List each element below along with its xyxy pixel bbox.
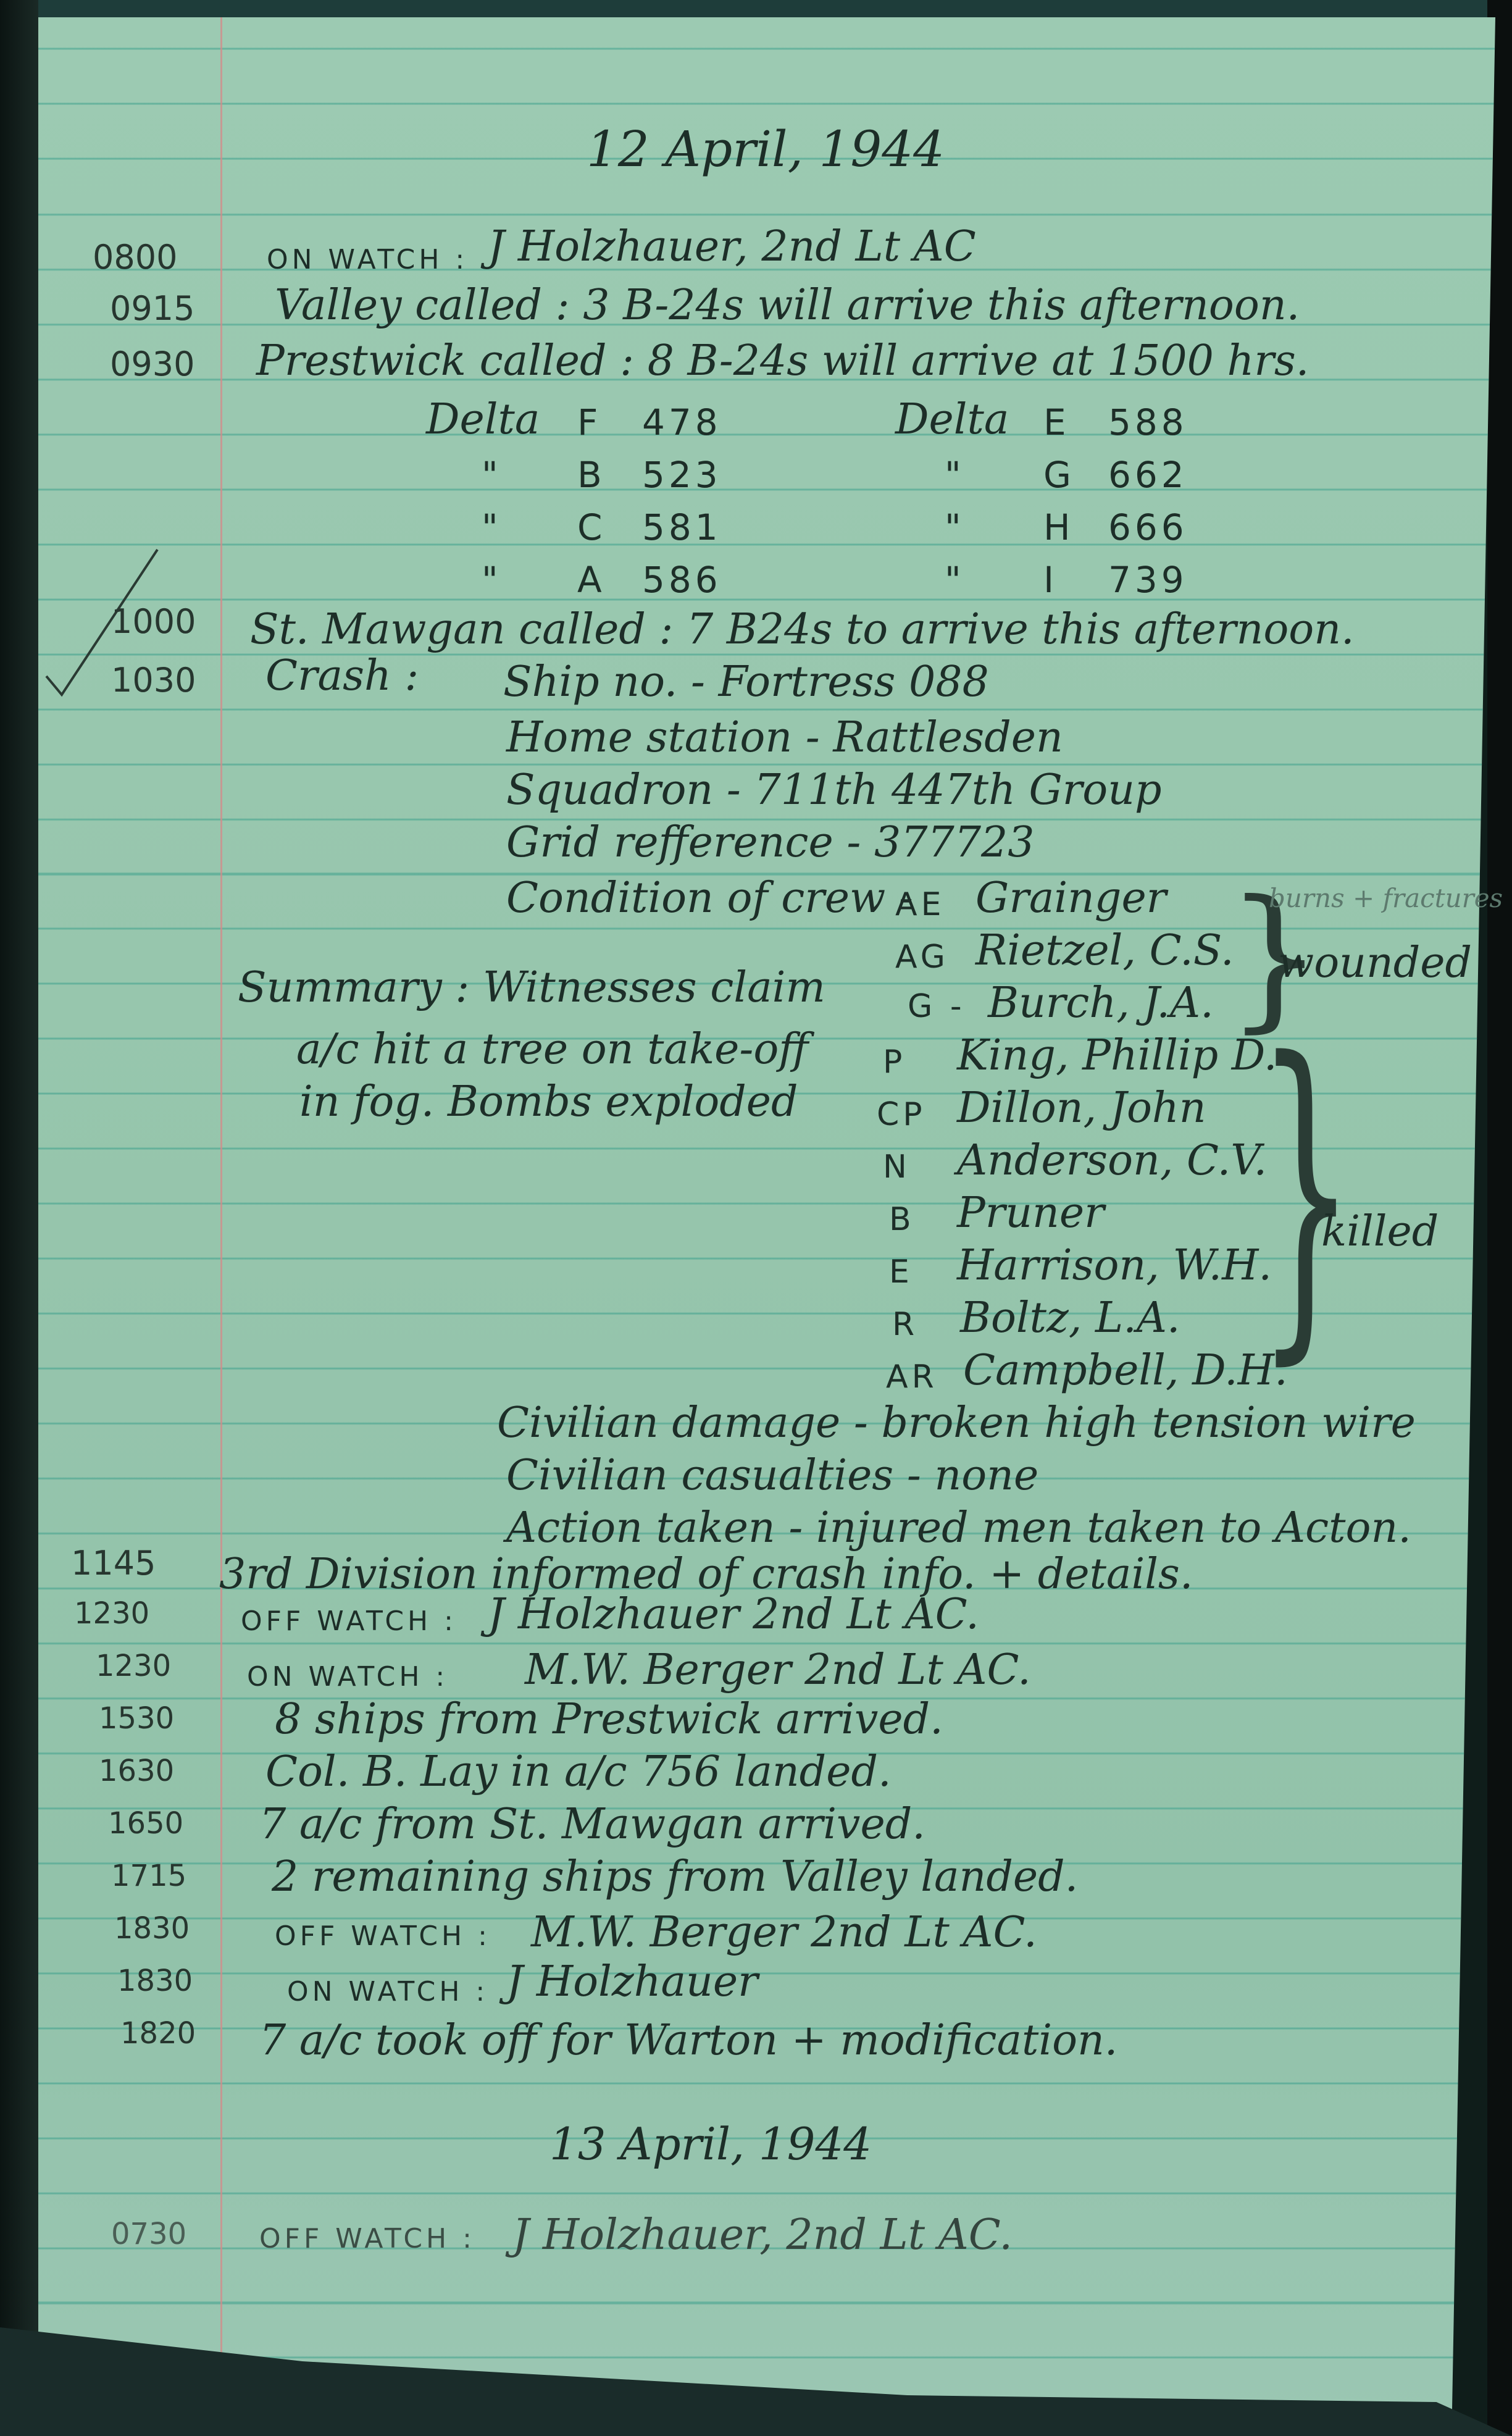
entry-text: Prestwick called : 8 B-24s will arrive a… bbox=[256, 337, 1309, 385]
crash-label: Crash : bbox=[265, 651, 419, 700]
wounded-label: wounded bbox=[1278, 939, 1472, 987]
ditto-mark: " bbox=[945, 506, 965, 548]
entry-text: 7 a/c from St. Mawgan arrived. bbox=[259, 1800, 925, 1849]
condition-of-crew-label: Condition of crew - bbox=[506, 874, 913, 923]
entry-text: Col. B. Lay in a/c 756 landed. bbox=[265, 1747, 892, 1796]
crew-position: E bbox=[889, 1254, 913, 1291]
action-taken: Action taken - injured men taken to Acto… bbox=[506, 1504, 1411, 1552]
delta-letter: H bbox=[1043, 506, 1074, 548]
entry-time: 1030 bbox=[111, 661, 196, 700]
watch-label: ON WATCH : bbox=[267, 244, 468, 275]
crew-position: CP bbox=[877, 1096, 926, 1133]
entry-time: 1830 bbox=[117, 1964, 193, 1998]
entry-time: 1230 bbox=[74, 1596, 149, 1631]
crew-position: AR bbox=[886, 1358, 938, 1396]
entry-time: 1000 bbox=[111, 602, 196, 641]
officer-signature: J Holzhauer bbox=[506, 1957, 758, 2006]
crew-name: Burch, J.A. bbox=[988, 979, 1214, 1028]
civilian-damage: Civilian damage - broken high tension wi… bbox=[497, 1399, 1416, 1447]
home-station: Home station - Rattlesden bbox=[506, 713, 1063, 762]
delta-letter: A bbox=[577, 559, 606, 601]
summary-line: a/c hit a tree on take-off bbox=[296, 1025, 808, 1074]
civilian-casualties: Civilian casualties - none bbox=[506, 1451, 1038, 1500]
entry-time: 0915 bbox=[110, 289, 194, 328]
entry-time: 1715 bbox=[111, 1859, 186, 1893]
delta-letter: F bbox=[577, 401, 601, 443]
officer-signature: M.W. Berger 2nd Lt AC. bbox=[525, 1646, 1031, 1694]
crew-name: Harrison, W.H. bbox=[957, 1241, 1272, 1290]
delta-number: 588 bbox=[1108, 401, 1188, 443]
red-margin-line bbox=[220, 17, 222, 2436]
crew-name: Pruner bbox=[957, 1189, 1105, 1237]
entry-time: 1530 bbox=[99, 1701, 174, 1736]
date-heading-day2: 13 April, 1944 bbox=[549, 2118, 872, 2170]
killed-label: killed bbox=[1321, 1207, 1439, 1256]
crew-name: Campbell, D.H. bbox=[963, 1346, 1288, 1395]
delta-letter: C bbox=[577, 506, 606, 548]
wounded-note: burns + fractures bbox=[1269, 883, 1503, 913]
crew-name: Dillon, John bbox=[957, 1084, 1206, 1132]
watch-label: OFF WATCH : bbox=[241, 1605, 457, 1637]
entry-time: 1650 bbox=[108, 1806, 183, 1841]
crew-name: Anderson, C.V. bbox=[957, 1136, 1267, 1185]
delta-number: 662 bbox=[1108, 454, 1188, 496]
entry-time: 1630 bbox=[99, 1754, 174, 1788]
crew-name: Rietzel, C.S. bbox=[975, 926, 1234, 975]
crew-position: P bbox=[883, 1044, 906, 1081]
crew-position: G - bbox=[908, 988, 966, 1025]
delta-number: 666 bbox=[1108, 506, 1188, 548]
crew-name: King, Phillip D. bbox=[957, 1031, 1277, 1080]
crew-position: AG bbox=[895, 939, 949, 976]
watch-label: OFF WATCH : bbox=[259, 2223, 475, 2254]
entry-time: 1820 bbox=[120, 2016, 196, 2051]
watch-label: OFF WATCH : bbox=[275, 1920, 491, 1952]
officer-signature: J Holzhauer 2nd Lt AC. bbox=[488, 1590, 979, 1639]
entry-time: 1230 bbox=[96, 1649, 171, 1683]
summary-line: Summary : Witnesses claim bbox=[238, 963, 825, 1012]
crew-name: Grainger bbox=[975, 874, 1166, 923]
ditto-mark: " bbox=[482, 506, 502, 548]
entry-text: Valley called : 3 B-24s will arrive this… bbox=[275, 281, 1300, 330]
officer-signature: J Holzhauer, 2nd Lt AC. bbox=[512, 2211, 1013, 2259]
entry-text: St. Mawgan called : 7 B24s to arrive thi… bbox=[250, 605, 1355, 654]
ditto-mark: " bbox=[482, 559, 502, 601]
delta-letter: E bbox=[1043, 401, 1070, 443]
ditto-mark: " bbox=[945, 454, 965, 496]
squadron: Squadron - 711th 447th Group bbox=[506, 766, 1162, 814]
delta-prefix: Delta bbox=[426, 395, 540, 444]
grid-reference: Grid refference - 377723 bbox=[506, 818, 1035, 867]
delta-number: 478 bbox=[642, 401, 722, 443]
ship-number: Ship no. - Fortress 088 bbox=[503, 658, 989, 706]
crew-name: Boltz, L.A. bbox=[960, 1294, 1180, 1342]
delta-number: 739 bbox=[1108, 559, 1188, 601]
binder-right-edge bbox=[1487, 0, 1512, 2436]
ditto-mark: " bbox=[482, 454, 502, 496]
entry-time: 1830 bbox=[114, 1911, 190, 1946]
entry-time: 0730 bbox=[111, 2217, 186, 2251]
crew-position: AE bbox=[895, 886, 945, 923]
summary-line: in fog. Bombs exploded bbox=[299, 1078, 798, 1126]
date-heading-day1: 12 April, 1944 bbox=[587, 120, 945, 178]
binder-left-edge bbox=[0, 0, 38, 2436]
watch-label: ON WATCH : bbox=[247, 1661, 448, 1693]
entry-text: 2 remaining ships from Valley landed. bbox=[272, 1852, 1078, 1901]
delta-number: 586 bbox=[642, 559, 722, 601]
delta-letter: I bbox=[1043, 559, 1058, 601]
entry-text: 7 a/c took off for Warton + modification… bbox=[259, 2016, 1117, 2065]
delta-number: 581 bbox=[642, 506, 722, 548]
officer-signature: J Holzhauer, 2nd Lt AC bbox=[488, 222, 976, 271]
binder-top-edge bbox=[0, 0, 1512, 19]
crew-position: R bbox=[892, 1306, 918, 1343]
ditto-mark: " bbox=[945, 559, 965, 601]
crew-position: B bbox=[889, 1201, 915, 1238]
delta-letter: G bbox=[1043, 454, 1075, 496]
entry-time: 1145 bbox=[71, 1544, 156, 1583]
watch-label: ON WATCH : bbox=[287, 1976, 488, 2007]
entry-text: 8 ships from Prestwick arrived. bbox=[275, 1695, 943, 1744]
delta-letter: B bbox=[577, 454, 606, 496]
entry-time: 0800 bbox=[93, 238, 177, 277]
killed-brace: } bbox=[1256, 1019, 1355, 1365]
delta-prefix: Delta bbox=[895, 395, 1009, 444]
entry-time: 0930 bbox=[110, 345, 194, 383]
crew-position: N bbox=[883, 1149, 911, 1186]
delta-number: 523 bbox=[642, 454, 722, 496]
officer-signature: M.W. Berger 2nd Lt AC. bbox=[531, 1908, 1037, 1957]
